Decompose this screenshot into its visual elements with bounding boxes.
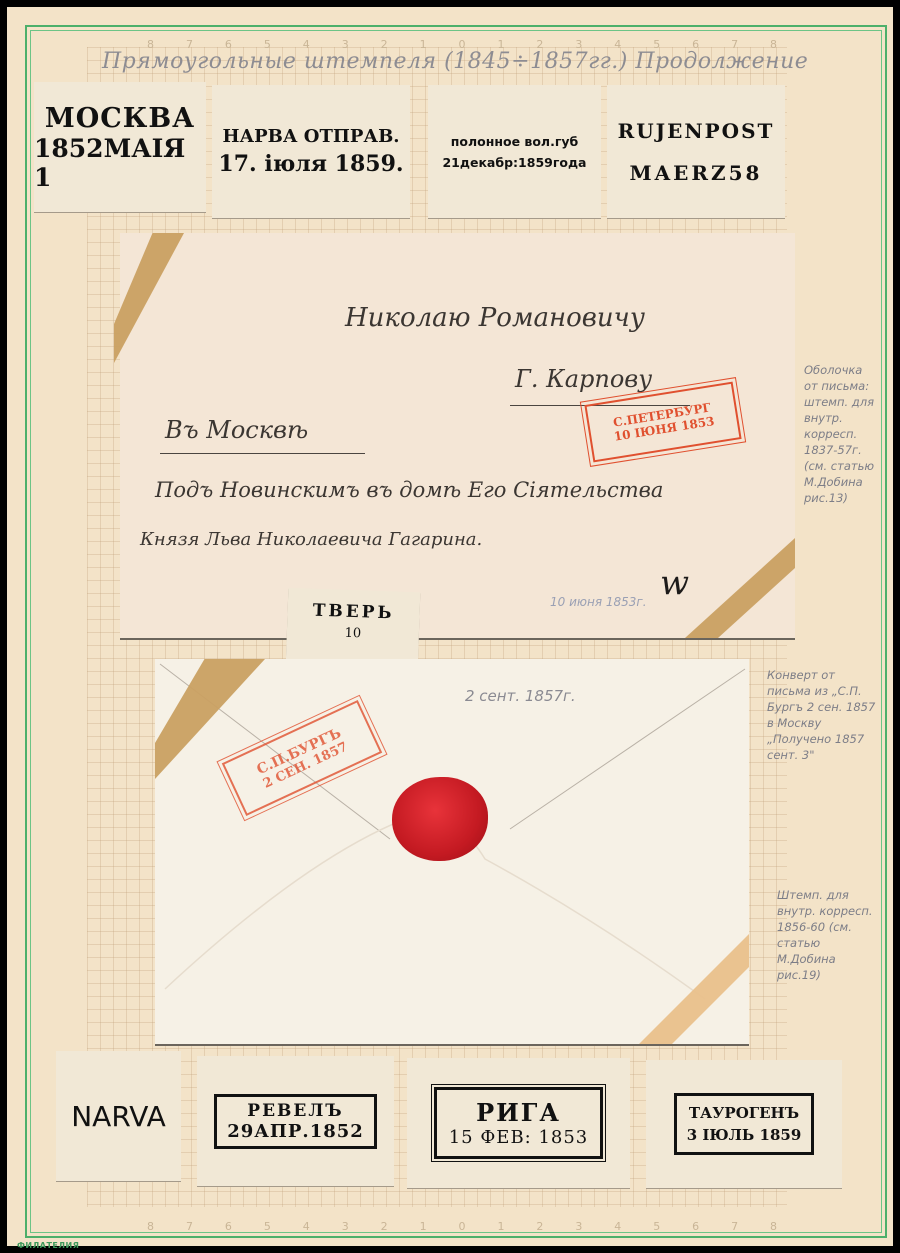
address-line2: Князя Льва Николаевича Гагарина. xyxy=(140,529,482,550)
stamp-card-revel: РЕВЕЛЪ 29АПР.1852 xyxy=(197,1056,394,1186)
postmark-city: ТВЕРЬ xyxy=(312,601,394,624)
red-postmark-spb: С.ПЕТЕРБУРГ 10 ІЮНЯ 1853 xyxy=(584,382,741,463)
stamp-line1: РЕВЕЛЪ xyxy=(247,1101,343,1121)
cover-back: 2 сент. 1857г. С.П.БУРГЪ 2 СЕН. 1857 xyxy=(155,659,749,1044)
red-wax-seal xyxy=(392,777,488,861)
corner-tape-top-left xyxy=(114,233,184,363)
recipient-line2: Г. Карпову xyxy=(515,365,652,393)
cover-front: Николаю Романовичу Г. Карпову Въ Москвѣ … xyxy=(120,233,795,638)
stamp-card-narva: NARVA xyxy=(56,1051,181,1181)
corner-tape-bottom-right xyxy=(685,538,795,638)
stamp-frame: РЕВЕЛЪ 29АПР.1852 xyxy=(214,1094,377,1149)
handwritten-mark: w xyxy=(660,563,689,603)
stamp-card-riga: РИГА 15 ФЕВ: 1853 xyxy=(407,1058,630,1188)
destination-underline xyxy=(160,453,365,454)
stamp-line1: NARVA xyxy=(71,1100,166,1133)
cover-back-note-2: Штемп. для внутр. корресп. 1856-60 (см. … xyxy=(777,887,877,983)
stamp-line2: 17. іюля 1859. xyxy=(218,151,403,177)
postmark-day: 10 xyxy=(344,626,361,642)
stamp-line2: MAERZ58 xyxy=(630,161,763,185)
ruler-bottom: 8 7 6 5 4 3 2 1 0 1 2 3 4 5 6 7 8 xyxy=(147,1220,777,1233)
destination: Въ Москвѣ xyxy=(165,416,308,444)
stamp-line1: полонное вол.губ xyxy=(451,134,578,149)
stamp-card-polonnoe: полонное вол.губ 21декабр:1859года xyxy=(428,85,601,218)
stamp-line1: НАРВА ОТПРАВ. xyxy=(222,126,399,147)
stamp-frame: ТАУРОГЕНЪ 3 ІЮЛЬ 1859 xyxy=(674,1093,815,1155)
stamp-line2: 29АПР.1852 xyxy=(227,1121,364,1142)
stamp-line1: ТАУРОГЕНЪ xyxy=(689,1104,799,1122)
stamp-card-taurogen: ТАУРОГЕНЪ 3 ІЮЛЬ 1859 xyxy=(646,1060,842,1188)
pencil-date: 10 июня 1853г. xyxy=(550,595,647,609)
stamp-frame: РИГА 15 ФЕВ: 1853 xyxy=(434,1087,604,1159)
stamp-card-moskva: МОСКВА 1852МАІЯ 1 xyxy=(34,82,206,212)
stamp-line1: РИГА xyxy=(476,1098,561,1127)
stamp-line2: 15 ФЕВ: 1853 xyxy=(449,1127,589,1148)
stamp-line1: МОСКВА xyxy=(45,103,195,134)
stamp-line2: 21декабр:1859года xyxy=(442,155,586,170)
cover-back-note: Конверт от письма из „С.П. Бургъ 2 сен. … xyxy=(767,667,877,763)
stamp-line1: RUJENPOST xyxy=(618,119,775,143)
pencil-date: 2 сент. 1857г. xyxy=(465,687,576,705)
stamp-card-narva-otprav: НАРВА ОТПРАВ. 17. іюля 1859. xyxy=(212,85,410,218)
recipient-line1: Николаю Романовичу xyxy=(345,303,645,333)
address-line1: Подъ Новинскимъ въ домѣ Его Сіятельства xyxy=(155,478,663,502)
cover-front-note: Оболочка от письма: штемп. для внутр. ко… xyxy=(804,362,876,506)
stamp-line2: 1852МАІЯ 1 xyxy=(34,134,206,192)
stamp-line2: 3 ІЮЛЬ 1859 xyxy=(687,1126,802,1144)
stamp-card-rujenpost: RUJENPOST MAERZ58 xyxy=(607,85,785,218)
footer-publisher-label: ФИЛАТЕЛИЯ xyxy=(17,1241,79,1250)
album-page: 8 7 6 5 4 3 2 1 0 1 2 3 4 5 6 7 8 8 7 6 … xyxy=(7,7,893,1246)
page-title: Прямоугольные штемпеля (1845÷1857гг.) Пр… xyxy=(102,49,808,74)
